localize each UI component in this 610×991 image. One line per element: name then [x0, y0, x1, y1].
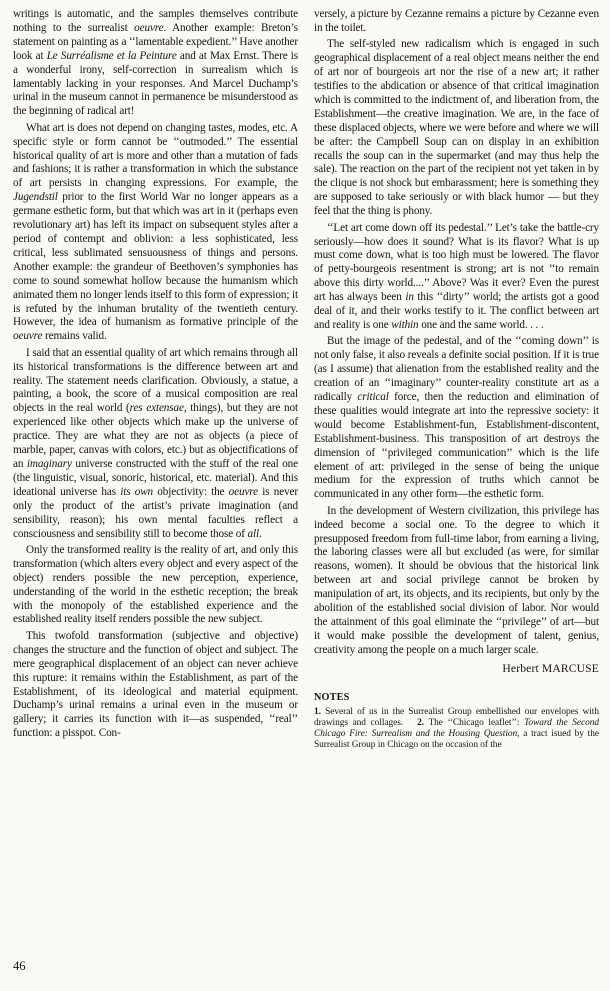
page-number: 46 [13, 959, 26, 974]
paragraph: Only the transformed reality is the real… [13, 544, 298, 627]
author-signature: Herbert MARCUSE [314, 662, 599, 676]
left-column: writings is automatic, and the samples t… [13, 8, 298, 751]
paragraph: ‘‘Let art come down off its pedestal.’’ … [314, 222, 599, 333]
paragraph: I said that an essential quality of art … [13, 347, 298, 542]
notes-heading: NOTES [314, 692, 599, 703]
paragraph: But the image of the pedestal, and of th… [314, 335, 599, 502]
paragraph: What art is does not depend on changing … [13, 122, 298, 345]
paragraph: In the development of Western civilizati… [314, 505, 599, 658]
notes-section: NOTES 1. Several of us in the Surrealist… [314, 692, 599, 751]
paragraph: writings is automatic, and the samples t… [13, 8, 298, 119]
paragraph: This twofold transformation (subjective … [13, 630, 298, 741]
paragraph: versely, a picture by Cezanne remains a … [314, 8, 599, 36]
book-page: writings is automatic, and the samples t… [0, 0, 610, 991]
note-item: 1. Several of us in the Surrealist Group… [314, 707, 599, 751]
paragraph: The self-styled new radicalism which is … [314, 38, 599, 219]
two-column-layout: writings is automatic, and the samples t… [13, 8, 599, 751]
right-column: versely, a picture by Cezanne remains a … [314, 8, 599, 751]
